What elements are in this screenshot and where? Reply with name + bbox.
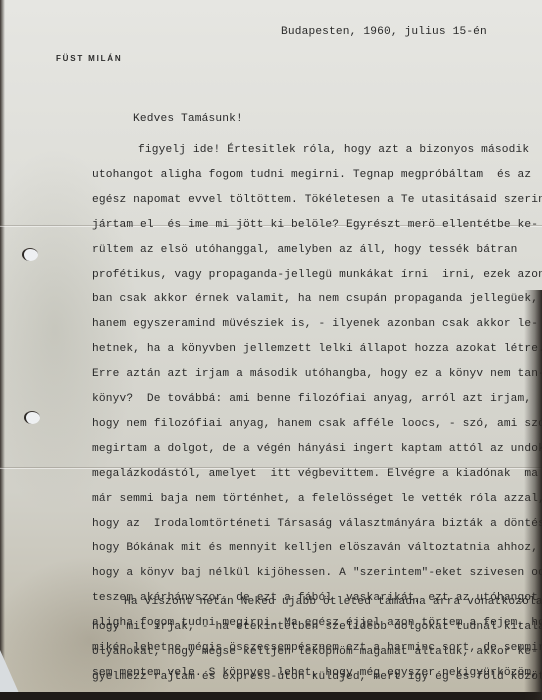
letter-line: profétikus, vagy propaganda-jellegü munk… <box>92 270 542 281</box>
punch-hole <box>24 411 40 424</box>
letterhead-sender: FÜST MILÁN <box>56 55 122 63</box>
letter-line: hogy a könyv baj nélkül kijöhessen. A "s… <box>92 568 542 579</box>
punch-hole <box>22 248 38 261</box>
letter-line: rültem az elsö utóhanggal, amelyben az á… <box>92 245 518 256</box>
letter-line: Ha viszont netán Neked ujabb ötleted tám… <box>124 597 542 608</box>
letter-salutation: Kedves Tamásunk! <box>133 114 243 125</box>
letter-line: hogy Bókának mit és mennyit kelljen elös… <box>92 543 538 554</box>
letter-line: utohangot aligha fogom tudni megirni. Te… <box>92 170 531 181</box>
letter-date: Budapesten, 1960, julius 15-én <box>281 27 487 38</box>
letter-line: hogy az Irodalomtörténeti Társaság válas… <box>92 519 542 530</box>
letter-line: megirtam a dolgot, de a végén hányási in… <box>92 444 542 455</box>
letter-line: egész napomat evvel töltöttem. Tökéletes… <box>92 195 542 206</box>
letter-line: figyelj ide! Értesitlek róla, hogy azt a… <box>138 145 529 156</box>
letter-line: ban csak akkor érnek valamit, ha nem csu… <box>92 294 538 305</box>
letter-line: gyelmezz rajtam és express-úton küldjed,… <box>92 672 542 683</box>
letter-line: olyanokat, hogy mégse kelljen leköpnöm m… <box>92 647 538 658</box>
letter-line: hanem egyszeramind müvésziek is, - ilyen… <box>92 319 538 330</box>
letter-page: Budapesten, 1960, julius 15-én FÜST MILÁ… <box>0 0 542 700</box>
letter-line: könyv? De továbbá: ami benne filozófiai … <box>92 394 531 405</box>
letter-line: Erre aztán azt irjam a második utóhangba… <box>92 369 542 380</box>
letter-line: jártam el és ime mi jött ki belöle? Egyr… <box>92 220 538 231</box>
letter-line: már semmi baja nem történhet, a felelöss… <box>92 494 542 505</box>
letter-line: hogy nem filozófiai anyag, hanem csak af… <box>92 419 542 430</box>
page-bottom-edge <box>0 692 542 700</box>
letter-line: hetnek, ha a könyvben jellemzett lelki á… <box>92 344 542 355</box>
letter-line: megalázkodástól, amelyet itt végbevittem… <box>92 469 538 480</box>
letter-line: hogy mit irjak, - ha etekintetben szelíd… <box>92 622 542 633</box>
